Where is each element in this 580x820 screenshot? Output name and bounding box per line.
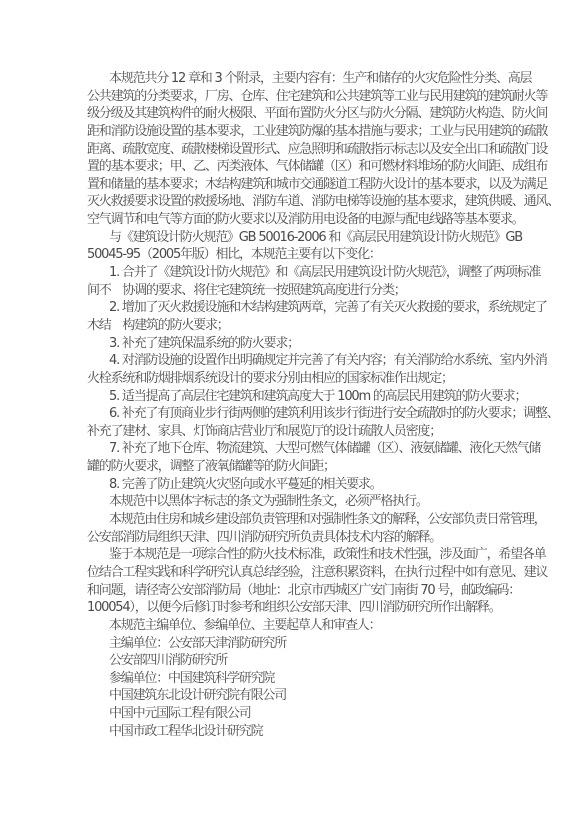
document-line: 本规范中以黑体字标志的条文为强制性条文，必须严格执行。 <box>87 493 557 511</box>
document-line: 本规范由住房和城乡建设部负责管理和对强制性条文的解释，公安部负责日常管理， <box>87 511 557 529</box>
document-line: 公共建筑的分类要求，厂房、仓库、住宅建筑和公共建筑等工业与民用建筑的建筑耐火等 <box>87 88 557 106</box>
document-line: 8. 完善了防止建筑火灾竖向或水平蔓延的相关要求。 <box>87 476 557 494</box>
document-line: 级分级及其建筑构件的耐火极限、平面布置防火分区与防火分隔、建筑防火构造、防火间 <box>87 105 557 123</box>
document-text: 本规范共分 12 章和 3 个附录，主要内容有：生产和储存的火灾危险性分类、高层… <box>87 70 557 740</box>
document-line: 木结 构建筑的防火要求； <box>87 317 557 335</box>
document-line: 6. 补充了有顶商业步行街两侧的建筑利用该步行街进行安全疏散时的防火要求；调整、 <box>87 405 557 423</box>
document-line: 本规范共分 12 章和 3 个附录，主要内容有：生产和储存的火灾危险性分类、高层 <box>87 70 557 88</box>
document-line: 补充了建材、家具、灯饰商店营业厅和展览厅的设计疏散人员密度； <box>87 423 557 441</box>
document-line: 本规范主编单位、参编单位、主要起草人和审查人： <box>87 617 557 635</box>
document-line: 距和消防设施设置的基本要求，工业建筑防爆的基本措施与要求；工业与民用建筑的疏散 <box>87 123 557 141</box>
document-line: 中国市政工程华北设计研究院 <box>87 723 557 741</box>
document-line: 参编单位：中国建筑科学研究院 <box>87 670 557 688</box>
document-line: 5. 适当提高了高层住宅建筑和建筑高度大于 100m 的高层民用建筑的防火要求； <box>87 388 557 406</box>
document-line: 3. 补充了建筑保温系统的防火要求； <box>87 335 557 353</box>
document-line: 4. 对消防设施的设置作出明确规定并完善了有关内容；有关消防给水系统、室内外消 <box>87 352 557 370</box>
document-line: 公安部消防局组织天津、四川消防研究所负责具体技术内容的解释。 <box>87 529 557 547</box>
document-line: 2. 增加了灭火救援设施和木结构建筑两章，完善了有关灭火救援的要求，系统规定了 <box>87 299 557 317</box>
document-line: 置的基本要求；甲、乙、丙类液体、气体储罐（区）和可燃材料堆场的防火间距、成组布 <box>87 158 557 176</box>
document-line: 50045-95（2005年版）相比，本规范主要有以下变化： <box>87 246 557 264</box>
document-line: 位结合工程实践和科学研究认真总结经验，注意积累资料，在执行过程中如有意见、建议 <box>87 564 557 582</box>
document-line: 间不 协调的要求、将住宅建筑统一按照建筑高度进行分类； <box>87 282 557 300</box>
document-line: 罐的防火要求，调整了液氧储罐等的防火间距； <box>87 458 557 476</box>
document-line: 中国中元国际工程有限公司 <box>87 705 557 723</box>
document-line: 灭火救援要求设置的救援场地、消防车道、消防电梯等设施的基本要求，建筑供暖、通风、 <box>87 193 557 211</box>
document-line: 主编单位：公安部天津消防研究所 <box>87 635 557 653</box>
document-line: 公安部四川消防研究所 <box>87 652 557 670</box>
document-line: 火栓系统和防烟排烟系统设计的要求分别由相应的国家标准作出规定； <box>87 370 557 388</box>
document-line: 1. 合并了《建筑设计防火规范》和《高层民用建筑设计防火规范》，调整了两项标准 <box>87 264 557 282</box>
document-line: 与《建筑设计防火规范》GB 50016-2006 和《高层民用建筑设计防火规范》… <box>87 229 557 247</box>
document-line: 7. 补充了地下仓库、物流建筑、大型可燃气体储罐（区）、液氨储罐、液化天然气储 <box>87 440 557 458</box>
document-line: 置和储量的基本要求；木结构建筑和城市交通隧道工程防火设计的基本要求，以及为满足 <box>87 176 557 194</box>
document-page: 本规范共分 12 章和 3 个附录，主要内容有：生产和储存的火灾危险性分类、高层… <box>0 0 580 820</box>
document-line: 中国建筑东北设计研究院有限公司 <box>87 687 557 705</box>
document-line: 和问题，请径寄公安部消防局（地址：北京市西城区广安门南街 70 号，邮政编码： <box>87 582 557 600</box>
document-line: 距离、疏散宽度、疏散楼梯设置形式、应急照明和疏散指示标志以及安全出口和疏散门设 <box>87 141 557 159</box>
document-line: 100054），以便今后修订时参考和组织公安部天津、四川消防研究所作出解释。 <box>87 599 557 617</box>
document-line: 空气调节和电气等方面的防火要求以及消防用电设备的电源与配电线路等基本要求。 <box>87 211 557 229</box>
document-line: 鉴于本规范是一项综合性的防火技术标准，政策性和技术性强，涉及面广，希望各单 <box>87 546 557 564</box>
